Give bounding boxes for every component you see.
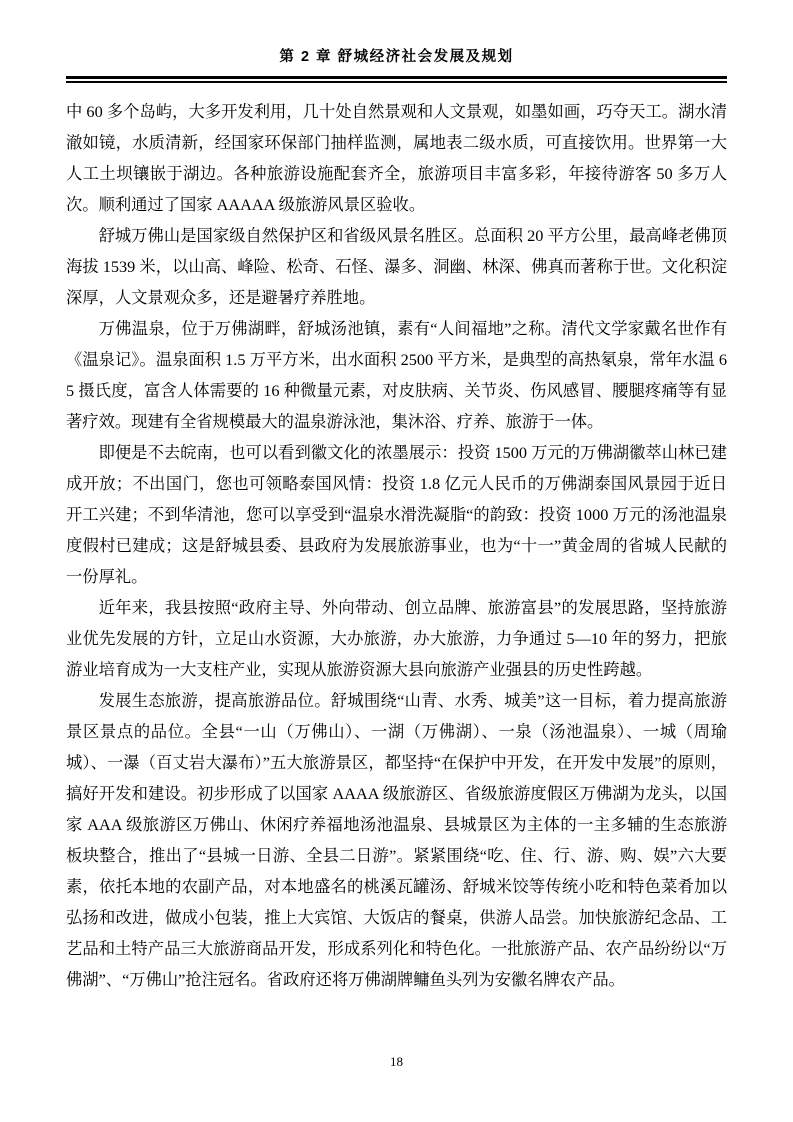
paragraph-development-strategy: 近年来，我县按照“政府主导、外向带动、创立品牌、旅游富县”的发展思路，坚持旅游业… xyxy=(66,592,727,685)
paragraph-wanfo-hotspring: 万佛温泉，位于万佛湖畔，舒城汤池镇，素有“人间福地”之称。清代文学家戴名世作有《… xyxy=(66,313,727,437)
paragraph-lake-islands: 中 60 多个岛屿，大多开发利用，几十处自然景观和人文景观，如墨如画，巧夺天工。… xyxy=(66,96,727,220)
header-rule-thin xyxy=(66,81,727,83)
chapter-header-title: 第 2 章 舒城经济社会发展及规划 xyxy=(66,47,727,67)
paragraph-wanfo-mountain: 舒城万佛山是国家级自然保护区和省级风景名胜区。总面积 20 平方公里，最高峰老佛… xyxy=(66,220,727,313)
page-content: 第 2 章 舒城经济社会发展及规划 中 60 多个岛屿，大多开发利用，几十处自然… xyxy=(66,47,727,995)
page-number: 18 xyxy=(0,1054,793,1070)
header-rule xyxy=(66,76,727,83)
paragraph-eco-tourism: 发展生态旅游，提高旅游品位。舒城围绕“山青、水秀、城美”这一目标，着力提高旅游景… xyxy=(66,685,727,995)
document-page: 第 2 章 舒城经济社会发展及规划 中 60 多个岛屿，大多开发利用，几十处自然… xyxy=(0,0,793,1122)
document-body: 中 60 多个岛屿，大多开发利用，几十处自然景观和人文景观，如墨如画，巧夺天工。… xyxy=(66,96,727,995)
header-rule-thick xyxy=(66,76,727,79)
paragraph-hui-culture-investment: 即便是不去皖南，也可以看到徽文化的浓墨展示：投资 1500 万元的万佛湖徽萃山林… xyxy=(66,437,727,592)
